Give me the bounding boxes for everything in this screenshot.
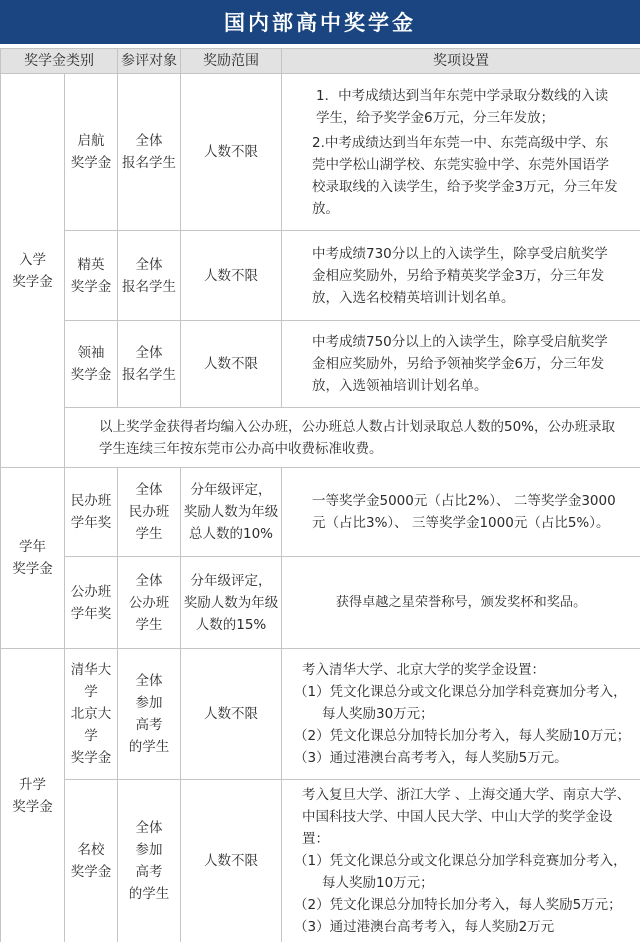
detail-item: （3）通过港澳台高考考入，每人奖励5万元。 [294,747,634,769]
scholarship-name: 清华大学 北京大学 奖学金 [65,649,118,780]
scholarship-name: 民办班 学年奖 [65,468,118,557]
scholarship-name: 名校 奖学金 [65,780,118,942]
target-cell: 全体 报名学生 [118,74,181,231]
range-cell: 人数不限 [181,780,282,942]
range-cell: 分年级评定， 奖励人数为年级 人数的15% [181,557,282,649]
range-cell: 人数不限 [181,74,282,231]
table-row: 以上奖学金获得者均编入公办班，公办班总人数占计划录取总人数的50%，公办班录取学… [1,408,640,468]
range-cell: 人数不限 [181,649,282,780]
detail-cell: 1．中考成绩达到当年东莞中学录取分数线的入读学生，给予奖学金6万元，分三年发放；… [282,74,640,231]
table-row: 领袖 奖学金 全体 报名学生 人数不限 中考成绩750分以上的入读学生，除享受启… [1,321,640,408]
detail-item: 2.中考成绩达到当年东莞一中、东莞高级中学、东莞中学松山湖学校、东莞实验中学、东… [312,132,620,220]
table-row: 升学 奖学金 清华大学 北京大学 奖学金 全体 参加 高考 的学生 人数不限 考… [1,649,640,780]
detail-lead: 考入清华大学、北京大学的奖学金设置： [294,659,634,681]
detail-item: 1．中考成绩达到当年东莞中学录取分数线的入读学生，给予奖学金6万元，分三年发放； [312,85,620,129]
detail-cell: 考入复旦大学、浙江大学 、上海交通大学、南京大学、中国科技大学、中国人民大学、中… [282,780,640,942]
category-cell: 入学 奖学金 [1,74,65,468]
header-range: 奖励范围 [181,49,282,74]
detail-cell: 获得卓越之星荣誉称号，颁发奖杯和奖品。 [282,557,640,649]
range-cell: 分年级评定， 奖励人数为年级 总人数的10% [181,468,282,557]
detail-cell: 中考成绩730分以上的入读学生，除享受启航奖学金相应奖励外，另给予精英奖学金3万… [282,231,640,321]
scholarship-name: 领袖 奖学金 [65,321,118,408]
target-cell: 全体 参加 高考 的学生 [118,780,181,942]
scholarship-name: 公办班 学年奖 [65,557,118,649]
target-cell: 全体 报名学生 [118,231,181,321]
table-row: 精英 奖学金 全体 报名学生 人数不限 中考成绩730分以上的入读学生，除享受启… [1,231,640,321]
detail-cell: 一等奖学金5000元（占比2%）、 二等奖学金3000元（占比3%）、 三等奖学… [282,468,640,557]
scholarship-name: 精英 奖学金 [65,231,118,321]
note-cell: 以上奖学金获得者均编入公办班，公办班总人数占计划录取总人数的50%，公办班录取学… [65,408,640,468]
table-row: 入学 奖学金 启航 奖学金 全体 报名学生 人数不限 1．中考成绩达到当年东莞中… [1,74,640,231]
detail-item: （3）通过港澳台高考考入，每人奖励2万元 [294,916,634,938]
header-detail: 奖项设置 [282,49,640,74]
detail-item: （2）凭文化课总分加特长加分考入，每人奖励5万元； [294,894,634,916]
table-row: 名校 奖学金 全体 参加 高考 的学生 人数不限 考入复旦大学、浙江大学 、上海… [1,780,640,942]
table-row: 学年 奖学金 民办班 学年奖 全体 民办班 学生 分年级评定， 奖励人数为年级 … [1,468,640,557]
detail-item: （1）凭文化课总分或文化课总分加学科竞赛加分考入，每人奖励10万元； [294,850,634,894]
target-cell: 全体 参加 高考 的学生 [118,649,181,780]
target-cell: 全体 报名学生 [118,321,181,408]
range-cell: 人数不限 [181,231,282,321]
table-row: 公办班 学年奖 全体 公办班 学生 分年级评定， 奖励人数为年级 人数的15% … [1,557,640,649]
detail-item: （2）凭文化课总分加特长加分考入，每人奖励10万元； [294,725,634,747]
detail-cell: 考入清华大学、北京大学的奖学金设置： （1）凭文化课总分或文化课总分加学科竞赛加… [282,649,640,780]
detail-lead: 考入复旦大学、浙江大学 、上海交通大学、南京大学、中国科技大学、中国人民大学、中… [294,784,634,850]
target-cell: 全体 公办班 学生 [118,557,181,649]
detail-item: （1）凭文化课总分或文化课总分加学科竞赛加分考入，每人奖励30万元； [294,681,634,725]
range-cell: 人数不限 [181,321,282,408]
category-cell: 学年 奖学金 [1,468,65,649]
target-cell: 全体 民办班 学生 [118,468,181,557]
scholarship-name: 启航 奖学金 [65,74,118,231]
header-category: 奖学金类别 [1,49,118,74]
detail-cell: 中考成绩750分以上的入读学生，除享受启航奖学金相应奖励外，另给予领袖奖学金6万… [282,321,640,408]
scholarship-table: 奖学金类别 参评对象 奖励范围 奖项设置 入学 奖学金 启航 奖学金 全体 报名… [0,48,640,942]
page-title: 国内部高中奖学金 [0,0,640,44]
table-header-row: 奖学金类别 参评对象 奖励范围 奖项设置 [1,49,640,74]
category-cell: 升学 奖学金 [1,649,65,942]
header-target: 参评对象 [118,49,181,74]
